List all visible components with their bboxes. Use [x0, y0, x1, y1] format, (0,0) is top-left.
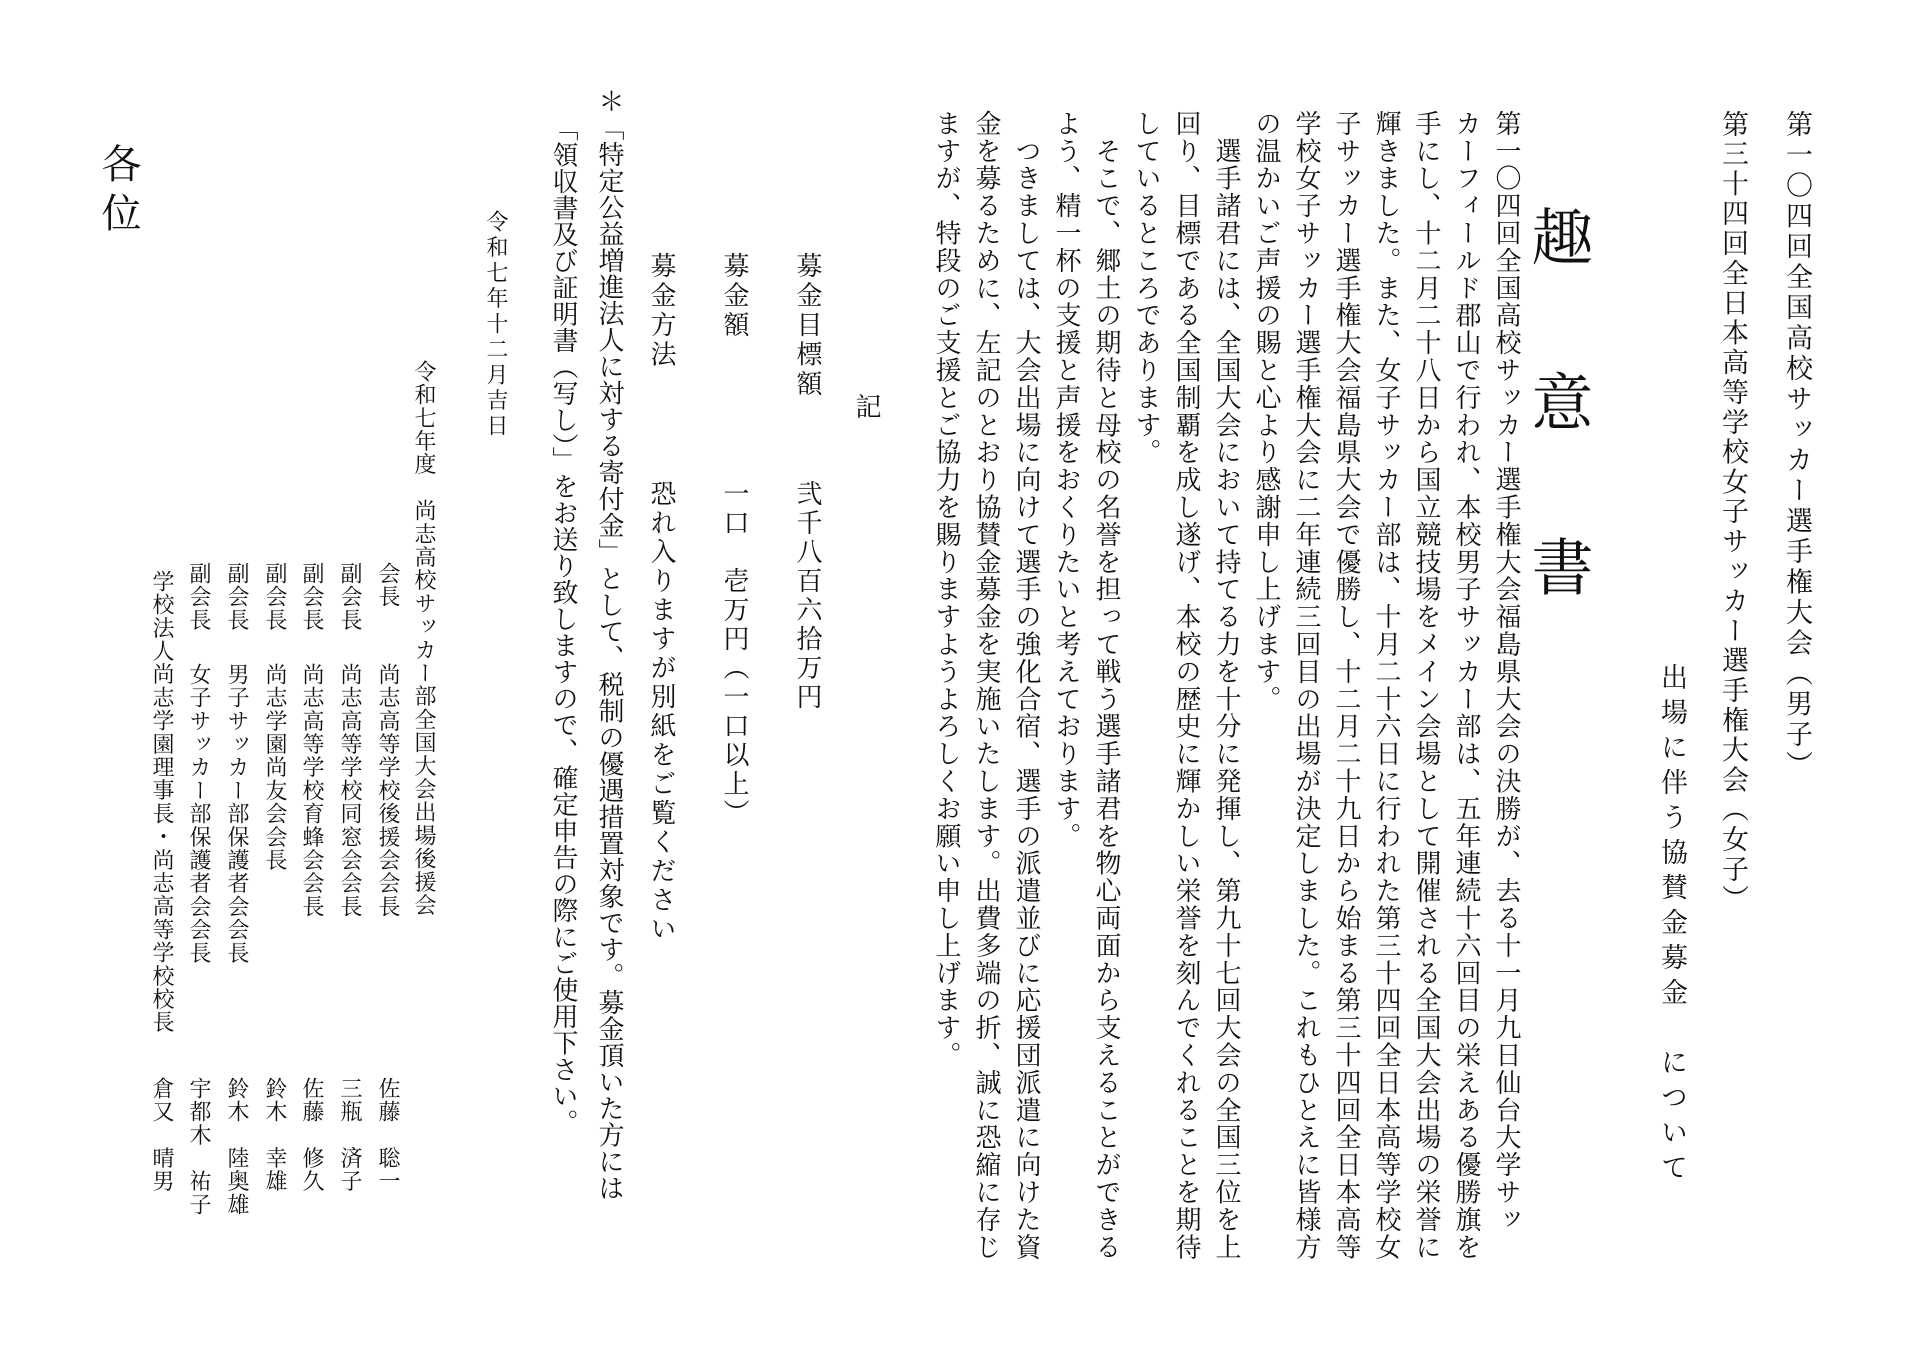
- officer-role: 副会長: [259, 562, 290, 632]
- body-text: 第一〇四回全国高校サッカー選手権大会福島県大会の決勝が、去る十一月九日仙台大学サ…: [886, 110, 1526, 1350]
- donation-method-label: 募金方法: [648, 252, 674, 370]
- body-line: 子サッカー選手権大会福島県大会で優勝し、十二月二十九日から始まる第三十四回全日本…: [1326, 110, 1366, 1350]
- donation-unit-value: 一口 壱万円（一口以上）: [721, 480, 747, 828]
- officer-org: 尚志高等学校後援会会長: [372, 663, 403, 918]
- body-line: 第一〇四回全国高校サッカー選手権大会福島県大会の決勝が、去る十一月九日仙台大学サ…: [1486, 110, 1526, 1350]
- officer-column: 副会長 女子サッカー部保護者会会長 宇都木 祐子: [183, 562, 207, 1322]
- officer-name: 宇都木 祐子: [183, 1077, 214, 1216]
- page-heading: 趣意書: [1526, 205, 1588, 700]
- title-line-womens: 第三十四回全日本高等学校女子サッカー選手権大会（女子）: [1719, 110, 1746, 915]
- donation-unit-label: 募金額: [721, 252, 747, 341]
- body-line: ますが、特段のご支援とご協力を賜りますようよろしくお願い申し上げます。: [926, 110, 966, 1350]
- date-line: 令和七年十二月吉日: [484, 210, 506, 440]
- officer-name: 倉又 晴男: [146, 1077, 177, 1193]
- body-line: 選手諸君には、全国大会において持てる力を十分に発揮し、第九十七回大会の全国三位を…: [1206, 110, 1246, 1350]
- tax-note-line-1: ＊「特定公益増進法人に対する寄付金」として、税制の優遇措置対象です。募金頂いた方…: [596, 88, 622, 1201]
- officer-org: 女子サッカー部保護者会会長: [183, 663, 214, 965]
- officer-role: 副会長: [183, 562, 214, 632]
- officer-column: 会長 尚志高等学校後援会会長 佐藤 聡一: [372, 562, 396, 1322]
- officer-role: 副会長: [221, 562, 252, 632]
- supporters-association-line: 令和七年度 尚志高校サッカー部全国大会出場後援会: [412, 360, 434, 917]
- donation-target-value: 弐千八百六拾万円: [794, 480, 820, 712]
- body-line: そこで、郷土の期待と母校の名誉を担って戦う選手諸君を物心両面から支えることができ…: [1086, 110, 1126, 1350]
- body-line: しているところであります。: [1126, 110, 1166, 1350]
- officer-org: 尚志高等学校同窓会会長: [334, 663, 365, 918]
- body-line: の温かいご声援の賜と心より感謝申し上げます。: [1246, 110, 1286, 1350]
- body-line: 金を募るために、左記のとおり協賛金募金を実施いたします。出費多端の折、誠に恐縮に…: [966, 110, 1006, 1350]
- officer-org: 学校法人尚志学園理事長・尚志高等学校校長: [146, 570, 177, 1034]
- subtitle-line: 出場に伴う協賛金募金 について: [1658, 663, 1685, 1188]
- notice-marker: 記: [853, 393, 879, 419]
- officer-column: 副会長 男子サッカー部保護者会会長 鈴木 陸奥雄: [221, 562, 245, 1322]
- officer-org: 男子サッカー部保護者会会長: [221, 663, 252, 965]
- officer-role: 会長: [372, 562, 403, 608]
- body-line: カーフィールド郡山で行われ、本校男子サッカー部は、五年連続十六回目の栄えある優勝…: [1446, 110, 1486, 1350]
- body-line: よう、精一杯の支援と声援をおくりたいと考えております。: [1046, 110, 1086, 1350]
- officer-name: 佐藤 聡一: [372, 1077, 403, 1193]
- body-line: 手にし、十二月二十八日から国立競技場をメイン会場として開催される全国大会出場の栄…: [1406, 110, 1446, 1350]
- prospectus-document: 第一〇四回全国高校サッカー選手権大会（男子） 第三十四回全日本高等学校女子サッカ…: [0, 0, 1920, 1356]
- officer-name: 三瓶 済子: [334, 1077, 365, 1193]
- officer-name: 鈴木 陸奥雄: [221, 1077, 252, 1216]
- officer-column: 学校法人尚志学園理事長・尚志高等学校校長 倉又 晴男: [146, 562, 170, 1322]
- body-line: 回り、目標である全国制覇を成し遂げ、本校の歴史に輝かしい栄誉を刻んでくれることを…: [1166, 110, 1206, 1350]
- officer-column: 副会長 尚志学園尚友会会長 鈴木 幸雄: [259, 562, 283, 1322]
- officer-column: 副会長 尚志高等学校育蜂会会長 佐藤 修久: [296, 562, 320, 1322]
- officer-org: 尚志学園尚友会会長: [259, 663, 290, 872]
- body-line: 輝きました。また、女子サッカー部は、十月二十六日に行われた第三十四回全日本高等学…: [1366, 110, 1406, 1350]
- officer-name: 佐藤 修久: [296, 1077, 327, 1193]
- officer-role: 副会長: [334, 562, 365, 632]
- officer-role: 副会長: [296, 562, 327, 632]
- body-line: 学校女子サッカー選手権大会に二年連続三回目の出場が決定しました。これもひとえに皆…: [1286, 110, 1326, 1350]
- officer-column: 副会長 尚志高等学校同窓会会長 三瓶 済子: [334, 562, 358, 1322]
- tax-note-line-2: 「領収書及び証明書（写し）」をお送り致しますので、確定申告の際にご使用下さい。: [550, 115, 576, 1136]
- addressee: 各位: [98, 143, 138, 241]
- donation-method-value: 恐れ入りますが別紙をご覧ください: [648, 480, 674, 944]
- donation-target-label: 募金目標額: [794, 252, 820, 400]
- officer-org: 尚志高等学校育蜂会会長: [296, 663, 327, 918]
- body-line: つきましては、大会出場に向けて選手の強化合宿、選手の派遣並びに応援団派遣に向けた…: [1006, 110, 1046, 1350]
- title-line-mens: 第一〇四回全国高校サッカー選手権大会（男子）: [1783, 110, 1810, 781]
- officer-name: 鈴木 幸雄: [259, 1077, 290, 1193]
